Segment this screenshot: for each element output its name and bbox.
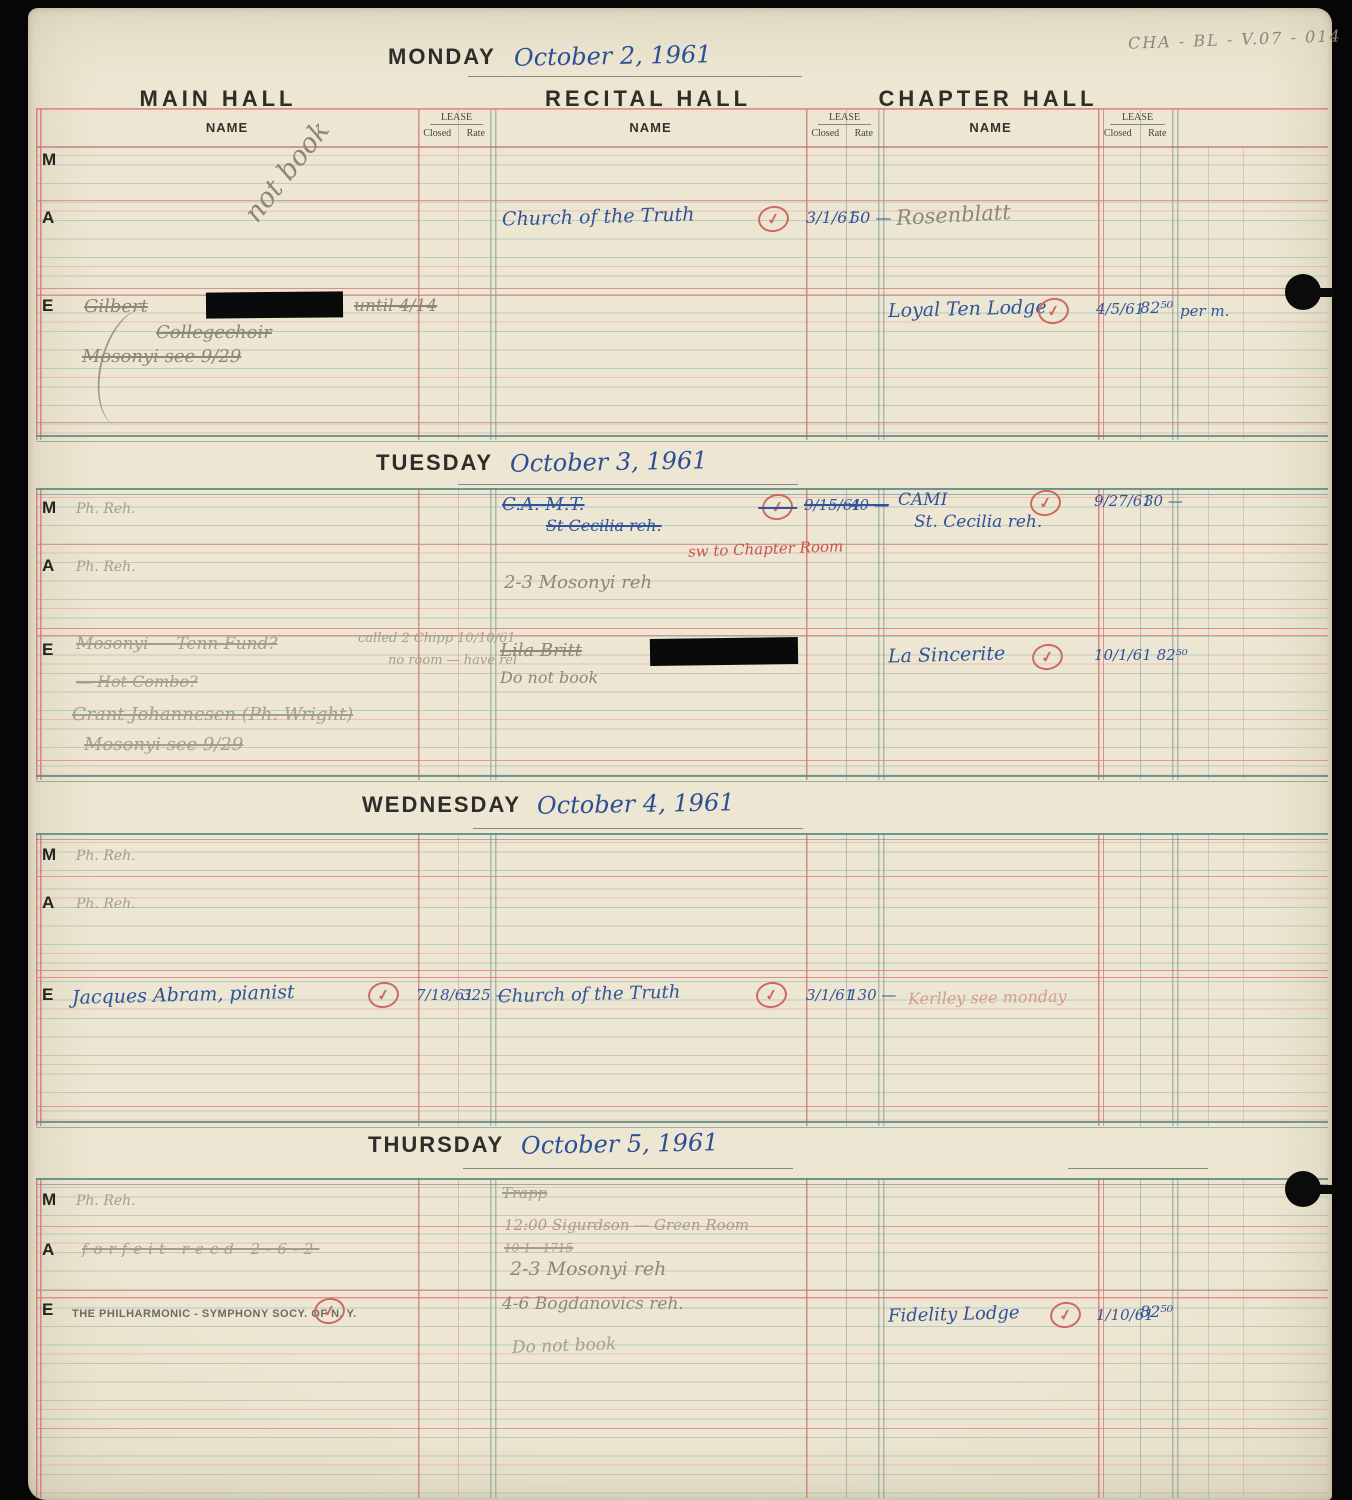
booking-name: St. Cecilia reh. (914, 514, 1042, 532)
date-underline (468, 76, 802, 77)
row-label-evening: E (42, 296, 53, 316)
lease-rate: 82⁵⁰ (1140, 1304, 1173, 1321)
crossed-entry: 10-1 - 1715 (504, 1242, 573, 1255)
band-rule (36, 422, 1328, 423)
pencil-note: Ph. Reh. (76, 560, 136, 575)
row-label-morning: M (42, 845, 56, 865)
lease-closed-date: 10/1/61 82⁵⁰ (1094, 648, 1188, 664)
day-date-handwritten: October 5, 1961 (520, 1130, 718, 1159)
pencil-note: no room — have rel (388, 654, 517, 668)
date-underline (458, 484, 798, 485)
crossed-entry: Mosonyi see 9/29 (82, 348, 241, 367)
pencil-note: Ph. Reh. (76, 849, 136, 864)
crossed-entry: Trapp (502, 1186, 547, 1202)
day-title-wednesday: WEDNESDAY October 4, 1961 (362, 792, 735, 817)
crossed-entry: Gilbert (84, 298, 148, 317)
band-rule (36, 1428, 1328, 1429)
pencil-note: 4-6 Bogdanovics reh. (502, 1296, 684, 1314)
crossed-entry: until 4/14 (354, 298, 437, 316)
day-date-handwritten: October 4, 1961 (537, 790, 735, 819)
crossed-booking-name: St Cecilia reh. (546, 518, 662, 535)
crossed-entry: Mosonyi see 9/29 (84, 736, 243, 755)
pencil-note: called 2 Chipp 10/10/61 (358, 632, 516, 646)
lease-closed-date: 4/5/61 (1096, 302, 1144, 318)
row-label-evening: E (42, 1300, 53, 1320)
crossed-entry: forfeit recd 2-6-2 (82, 1242, 319, 1258)
pencil-note: Ph. Reh. (76, 1194, 136, 1209)
lease-rate: 130 — (848, 988, 896, 1004)
table-header-band: NAME NAME NAME LEASE ClosedRate LEASE Cl… (36, 108, 1328, 148)
booking-name: La Sincerite (888, 644, 1006, 667)
lease-header-group: LEASE ClosedRate (418, 109, 495, 147)
archive-corner-label: CHA - BL - V.07 - 014 (1128, 26, 1342, 52)
day-title-thursday: THURSDAY October 5, 1961 (368, 1132, 718, 1157)
ledger-page: CHA - BL - V.07 - 014 MONDAY October 2, … (28, 8, 1332, 1500)
crossed-entry: Collegechoir (156, 324, 272, 343)
row-label-afternoon: A (42, 208, 54, 228)
band-rule (36, 200, 1328, 201)
lease-header-group: LEASE ClosedRate (1098, 109, 1177, 147)
booking-name: CAMI (898, 492, 947, 510)
row-label-afternoon: A (42, 893, 54, 913)
name-header: NAME (883, 120, 1098, 135)
closed-header: Closed (418, 128, 457, 139)
band-rule (36, 760, 1328, 761)
row-label-afternoon: A (42, 556, 54, 576)
table-top-rule (36, 1178, 1328, 1185)
lease-rate: 50 — (850, 210, 891, 227)
pencil-note: 12:00 Sigurdson — Green Room (504, 1218, 749, 1234)
day-date-handwritten: October 3, 1961 (509, 448, 707, 477)
day-label: THURSDAY (368, 1132, 504, 1157)
pencil-note: 2-3 Mosonyi reh (504, 574, 652, 593)
table-top-rule (36, 833, 1328, 840)
lease-rate: 82⁵⁰ (1140, 300, 1173, 317)
date-underline (463, 1168, 793, 1169)
name-header: NAME (495, 120, 806, 135)
table-bottom-rule (36, 1121, 1328, 1128)
band-rule (36, 1106, 1328, 1107)
pencil-note: Do not book (500, 670, 598, 687)
band-rule (36, 876, 1328, 877)
crossed-entry: Grant Johannesen (Ph. Wright) (72, 706, 353, 725)
lease-header: LEASE (818, 112, 872, 125)
pencil-note: Ph. Reh. (76, 897, 136, 912)
pencil-note: Ph. Reh. (76, 502, 136, 517)
row-label-afternoon: A (42, 1240, 54, 1260)
red-pencil-note: Kerlley see monday (908, 989, 1067, 1009)
crossed-booking-name: C.A. M.T. (502, 496, 585, 515)
booking-name: Loyal Ten Lodge (888, 298, 1047, 322)
row-label-morning: M (42, 498, 56, 518)
rate-header: Rate (457, 128, 496, 139)
band-rule (36, 970, 1328, 978)
punch-hole-tab (1313, 288, 1335, 297)
rate-header: Rate (845, 128, 884, 139)
date-underline (1068, 1168, 1208, 1169)
pencil-note: 2-3 Mosonyi reh (510, 1260, 666, 1280)
lease-note: per m. (1180, 304, 1229, 320)
lease-header: LEASE (1110, 112, 1165, 125)
crossed-booking-name: Lila Britt (500, 642, 582, 661)
crossed-entry: — Hot Combo? (76, 674, 198, 691)
table-bottom-rule (36, 435, 1328, 442)
crossed-entry: Mosonyi — Tenn Fund? (76, 636, 277, 654)
lease-header-group: LEASE ClosedRate (806, 109, 883, 147)
redaction-bar (650, 637, 798, 666)
band-rule (36, 544, 1328, 545)
day-label: WEDNESDAY (362, 792, 521, 817)
booking-name: Rosenblatt (896, 201, 1012, 229)
table-bottom-rule (36, 775, 1328, 782)
lease-rate: 40 — (850, 498, 889, 514)
pencil-note: Do not book (512, 1336, 617, 1357)
day-title-monday: MONDAY October 2, 1961 (388, 44, 712, 69)
row-label-evening: E (42, 640, 53, 660)
day-label: TUESDAY (376, 450, 493, 475)
name-header: NAME (36, 120, 418, 135)
day-title-tuesday: TUESDAY October 3, 1961 (376, 450, 707, 475)
day-label: MONDAY (388, 44, 496, 69)
lease-header: LEASE (430, 112, 484, 125)
redaction-bar (206, 291, 343, 318)
date-underline (473, 828, 803, 829)
row-label-morning: M (42, 150, 56, 170)
closed-header: Closed (806, 128, 845, 139)
row-label-evening: E (42, 985, 53, 1005)
row-label-morning: M (42, 1190, 56, 1210)
booking-name: Fidelity Lodge (888, 1304, 1020, 1326)
closed-header: Closed (1098, 128, 1138, 139)
rate-header: Rate (1138, 128, 1178, 139)
lease-rate: 30 — (1144, 494, 1183, 510)
day-date-handwritten: October 2, 1961 (514, 42, 712, 71)
day-table-wednesday (36, 833, 1328, 1126)
punch-hole-tab (1313, 1185, 1335, 1194)
